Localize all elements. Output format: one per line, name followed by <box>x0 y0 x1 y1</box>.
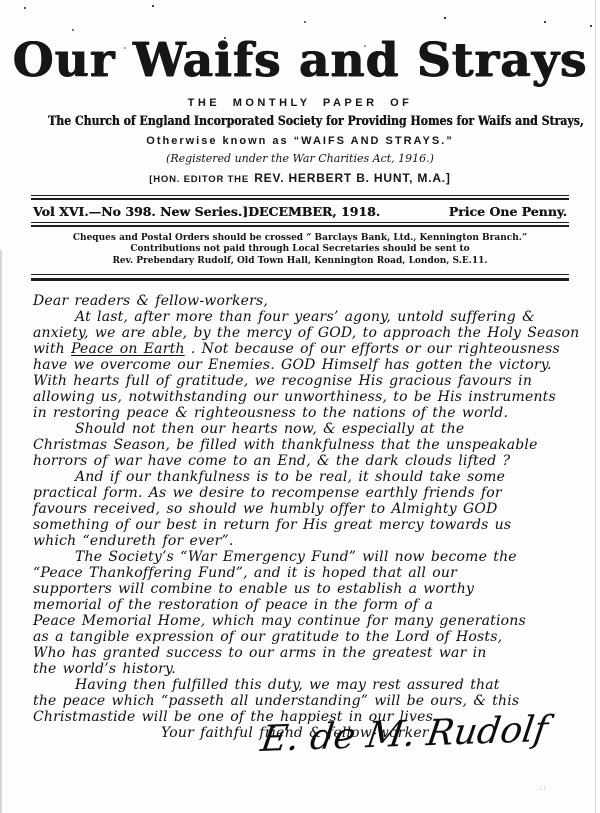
letter-line: The Society’s “War Emergency Fund” will … <box>33 549 576 565</box>
letter-line: anxiety, we are able, by the mercy of GO… <box>33 325 576 341</box>
letter-line: Should not then our hearts now, & especi… <box>33 421 576 437</box>
society-name-line: The Church of England Incorporated Socie… <box>48 114 552 129</box>
scan-edge-left <box>0 250 2 813</box>
masthead-title: Our Waifs and Strays <box>0 36 600 87</box>
signature: E. de M. Rudolf <box>258 709 550 760</box>
letter-line: At last, after more than four years’ ago… <box>33 309 576 325</box>
price-label: Price One Penny. <box>380 204 567 219</box>
issue-bar: Vol XVI.—No 398. New Series.] DECEMBER, … <box>33 200 567 222</box>
letter-line: as a tangible expression of our gratitud… <box>33 629 576 645</box>
letter-line: Having then fulfilled this duty, we may … <box>33 677 576 693</box>
scan-speck-field <box>24 7 26 9</box>
tagline: THE MONTHLY PAPER OF <box>0 97 600 109</box>
letter-line: practical form. As we desire to recompen… <box>33 485 576 501</box>
letter-line: something of our best in return for His … <box>33 517 576 533</box>
scan-edge-right <box>595 0 596 813</box>
letter-line: have we overcome our Enemies. GOD Himsel… <box>33 357 576 373</box>
letter-line: And if our thankfulness is to be real, i… <box>33 469 576 485</box>
letter-line: with Peace on Earth . Not because of our… <box>33 341 576 357</box>
letter-line: horrors of war have come to an End, & th… <box>33 453 576 469</box>
otherwise-known-as-line: Otherwise known as “WAIFS AND STRAYS.” <box>0 135 600 147</box>
letter-line: “Peace Thankoffering Fund”, and it is ho… <box>33 565 576 581</box>
issue-date: DECEMBER, 1918. <box>248 204 380 219</box>
divider-rule-middle <box>31 222 569 227</box>
volume-number: Vol XVI.—No 398. New Series.] <box>33 204 248 219</box>
editor-line: [Hon. Editor the REV. HERBERT B. HUNT, M… <box>0 169 600 187</box>
letter-line: memorial of the restoration of peace in … <box>33 597 576 613</box>
payment-notice: Cheques and Postal Orders should be cros… <box>0 233 600 268</box>
divider-rule-bottom <box>31 274 569 281</box>
letter-line: Christmas Season, be filled with thankfu… <box>33 437 576 453</box>
letter-line: the world’s history. <box>33 661 576 677</box>
letter-text: . Not because of our efforts or our righ… <box>185 341 560 357</box>
editor-line-prefix: [Hon. Editor the <box>149 174 249 185</box>
letter-line: Dear readers & fellow-workers, <box>33 293 576 309</box>
payment-notice-line-2: Contributions not paid through Local Sec… <box>0 244 600 256</box>
letter-line: which “endureth for ever”. <box>33 533 576 549</box>
handwritten-letter: Dear readers & fellow-workers,At last, a… <box>33 293 576 741</box>
letter-line: the peace which “passeth all understandi… <box>33 693 576 709</box>
letter-line: With hearts full of gratitude, we recogn… <box>33 373 576 389</box>
registration-note: (Registered under the War Charities Act,… <box>0 152 600 165</box>
underlined-phrase: Peace on Earth <box>71 341 185 357</box>
masthead-block: Our Waifs and Strays THE MONTHLY PAPER O… <box>0 0 600 187</box>
letter-line: supporters will combine to enable us to … <box>33 581 576 597</box>
letter-line: in restoring peace & righteousness to th… <box>33 405 576 421</box>
letter-line: Peace Memorial Home, which may continue … <box>33 613 576 629</box>
letter-line: favours received, so should we humbly of… <box>33 501 576 517</box>
letter-text: with <box>33 341 71 357</box>
newspaper-front-page: Our Waifs and Strays THE MONTHLY PAPER O… <box>0 0 600 813</box>
editor-name: REV. HERBERT B. HUNT, M.A.] <box>254 171 451 185</box>
letter-line: allowing us, notwithstanding our unworth… <box>33 389 576 405</box>
payment-notice-line-3: Rev. Prebendary Rudolf, Old Town Hall, K… <box>0 256 600 268</box>
letter-line: Who has granted success to our arms in t… <box>33 645 576 661</box>
scan-bottom-artifact: .:: <box>536 783 547 792</box>
payment-notice-line-1: Cheques and Postal Orders should be cros… <box>0 233 600 245</box>
